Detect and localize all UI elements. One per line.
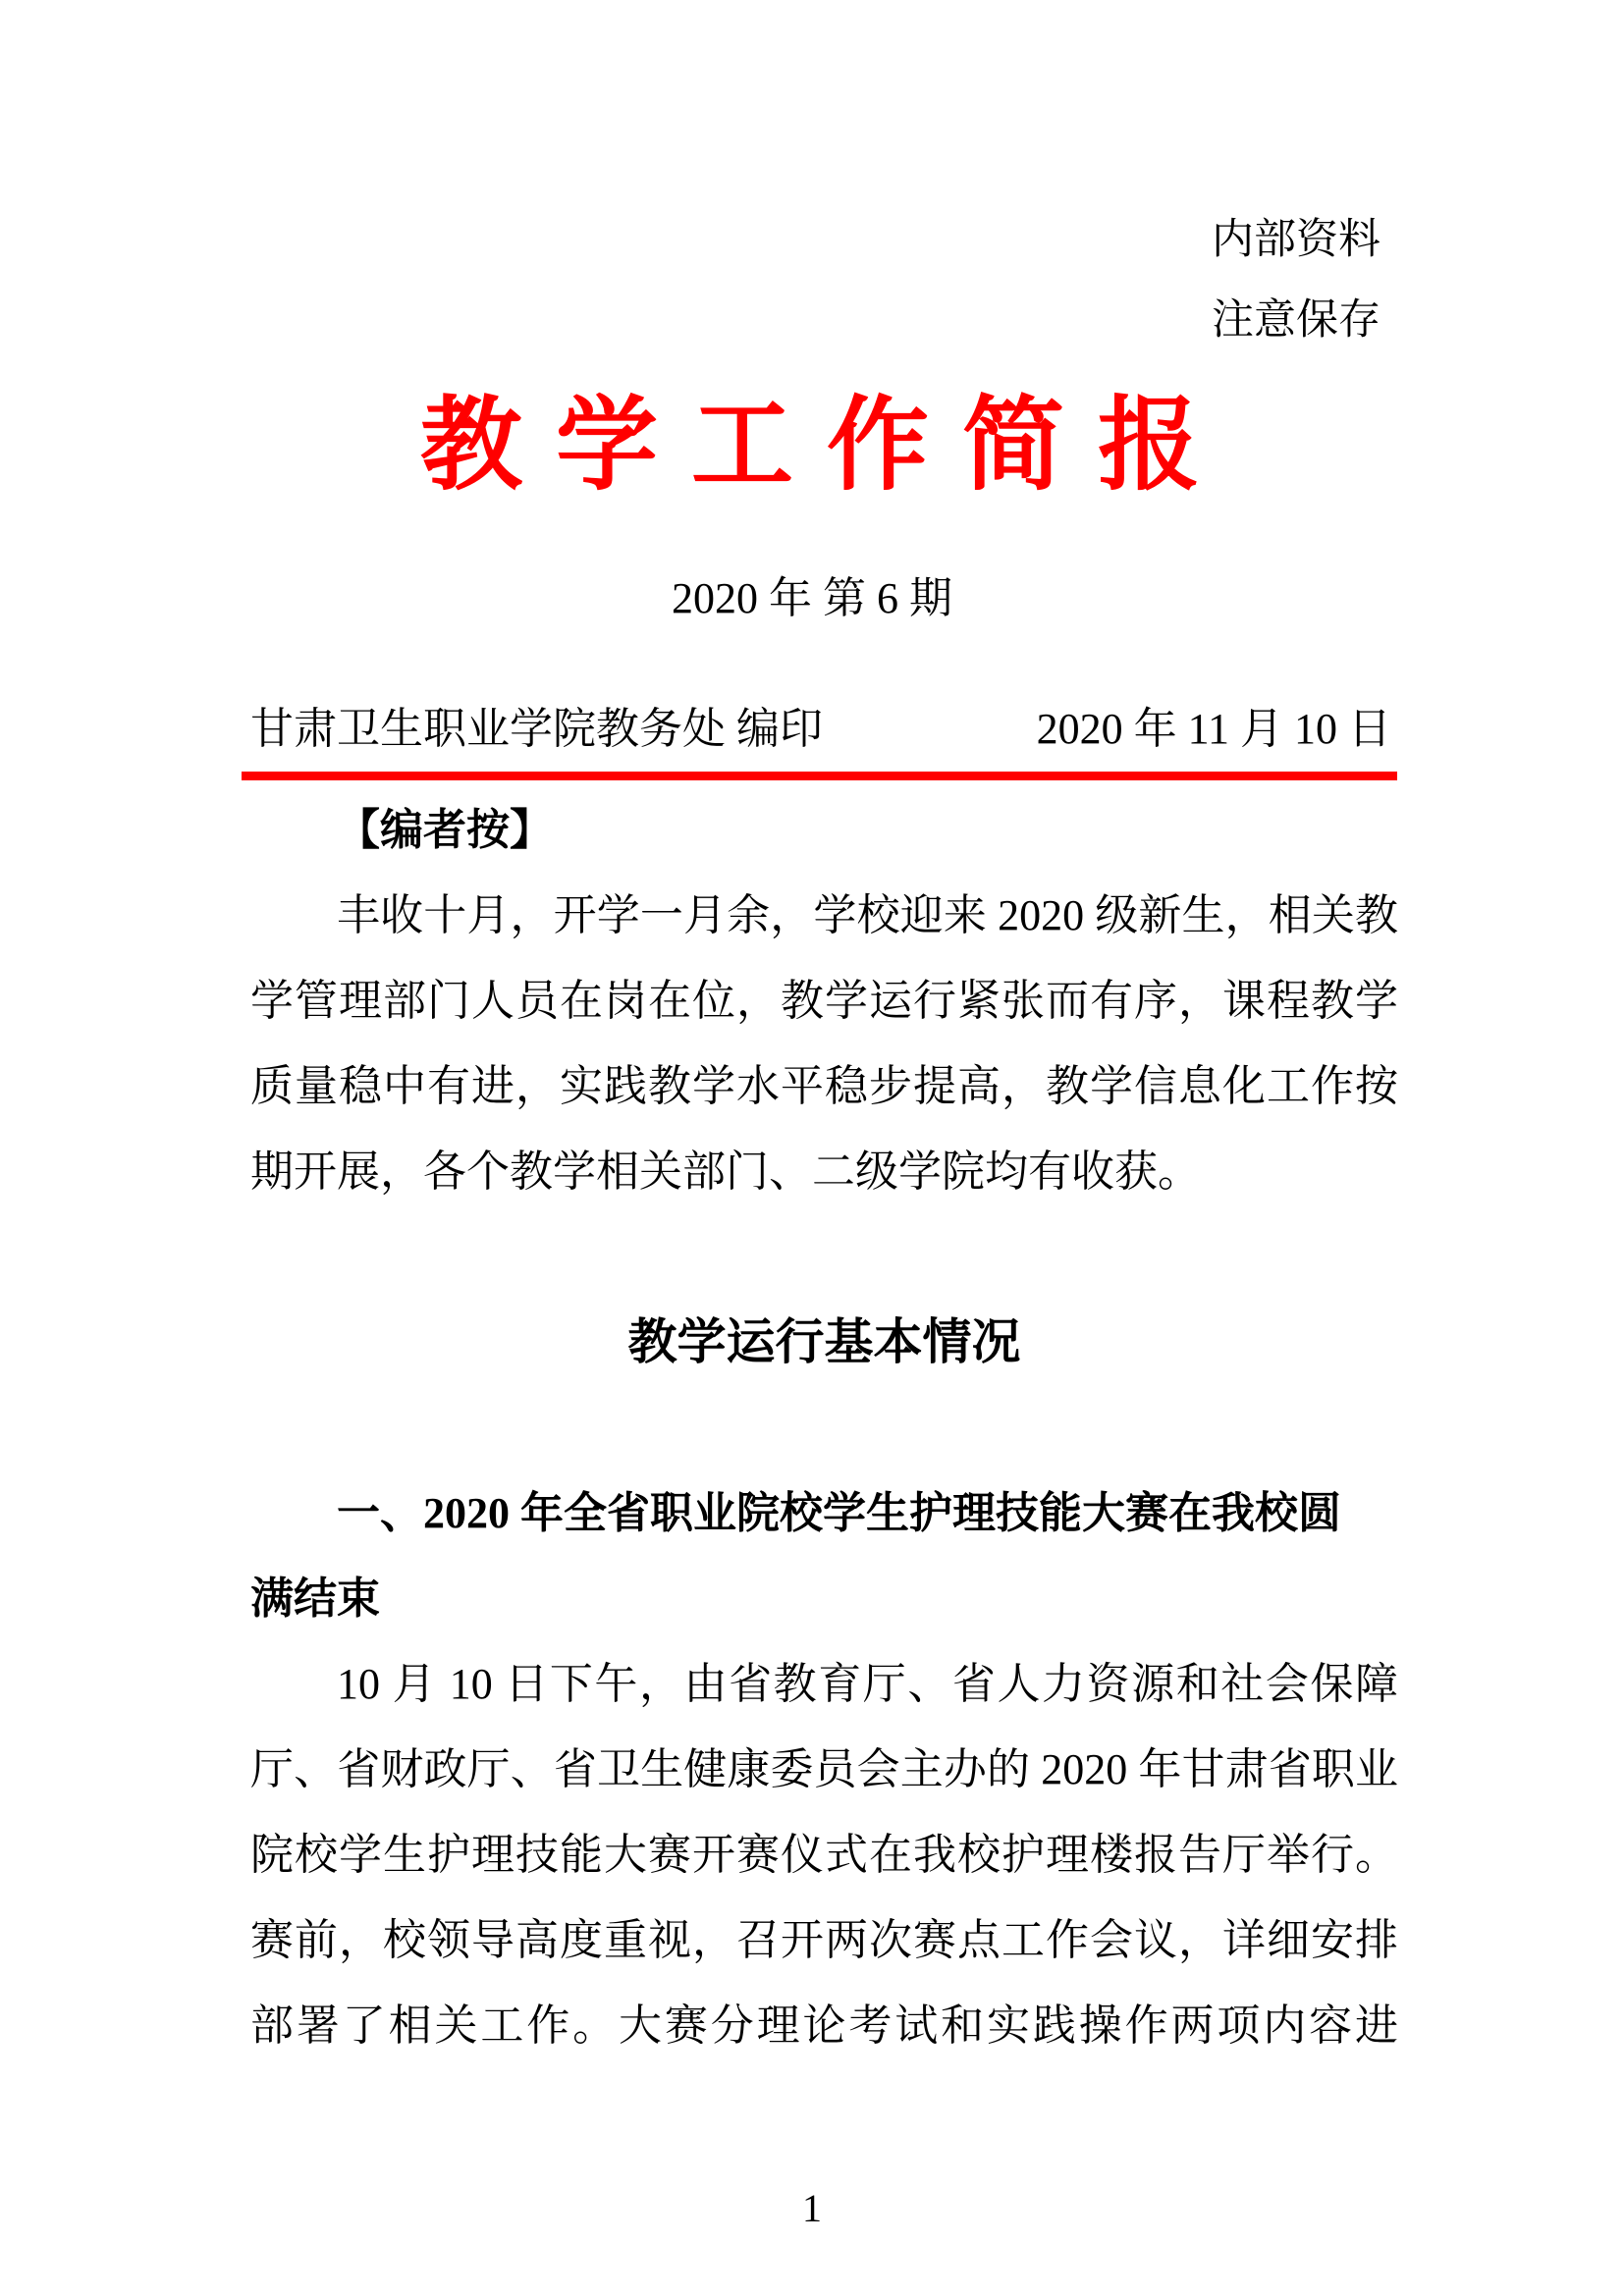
document-body: 【编者按】 丰收十月，开学一月余，学校迎来 2020 级新生，相关教 学管理部门… (250, 787, 1398, 2068)
editor-note-label: 【编者按】 (250, 787, 1398, 873)
section-heading: 教学运行基本情况 (250, 1300, 1398, 1385)
editor-note-line: 丰收十月，开学一月余，学校迎来 2020 级新生，相关教 (250, 873, 1398, 958)
issue-line: 2020 年 第 6 期 (0, 569, 1624, 628)
notice-line-keep: 注意保存 (0, 281, 1380, 361)
notice-line-internal: 内部资料 (0, 200, 1380, 281)
section-paragraph-line: 赛前，校领导高度重视，召开两次赛点工作会议，详细安排 (250, 1897, 1398, 1983)
editor-note-line: 学管理部门人员在岗在位，教学运行紧张而有序，课程教学 (250, 958, 1398, 1043)
confidential-notice: 内部资料 注意保存 (0, 200, 1380, 361)
editor-note-line: 期开展，各个教学相关部门、二级学院均有收获。 (250, 1129, 1398, 1214)
document-page: 内部资料 注意保存 教 学 工 作 简 报 2020 年 第 6 期 甘肃卫生职… (0, 0, 1624, 2296)
blank-line (250, 1385, 1398, 1470)
section-subheading-line: 一、2020 年全省职业院校学生护理技能大赛在我校圆 (250, 1470, 1398, 1556)
blank-line (250, 1214, 1398, 1300)
editor-note-line: 质量稳中有进，实践教学水平稳步提高，教学信息化工作按 (250, 1043, 1398, 1129)
red-divider-rule (242, 772, 1397, 780)
publish-date: 2020 年 11 月 10 日 (1037, 700, 1398, 759)
section-paragraph-line: 院校学生护理技能大赛开赛仪式在我校护理楼报告厅举行。 (250, 1812, 1398, 1897)
section-subheading-line: 满结束 (250, 1556, 1398, 1641)
section-paragraph-line: 厅、省财政厅、省卫生健康委员会主办的 2020 年甘肃省职业 (250, 1727, 1398, 1812)
section-paragraph-line: 10 月 10 日下午，由省教育厅、省人力资源和社会保障 (250, 1641, 1398, 1727)
section-paragraph-line: 部署了相关工作。大赛分理论考试和实践操作两项内容进行， (250, 1983, 1398, 2068)
publisher-row: 甘肃卫生职业学院教务处 编印 2020 年 11 月 10 日 (250, 700, 1398, 759)
page-number: 1 (0, 2185, 1624, 2232)
publisher-name: 甘肃卫生职业学院教务处 编印 (250, 700, 823, 759)
bulletin-title: 教 学 工 作 简 报 (0, 383, 1624, 510)
